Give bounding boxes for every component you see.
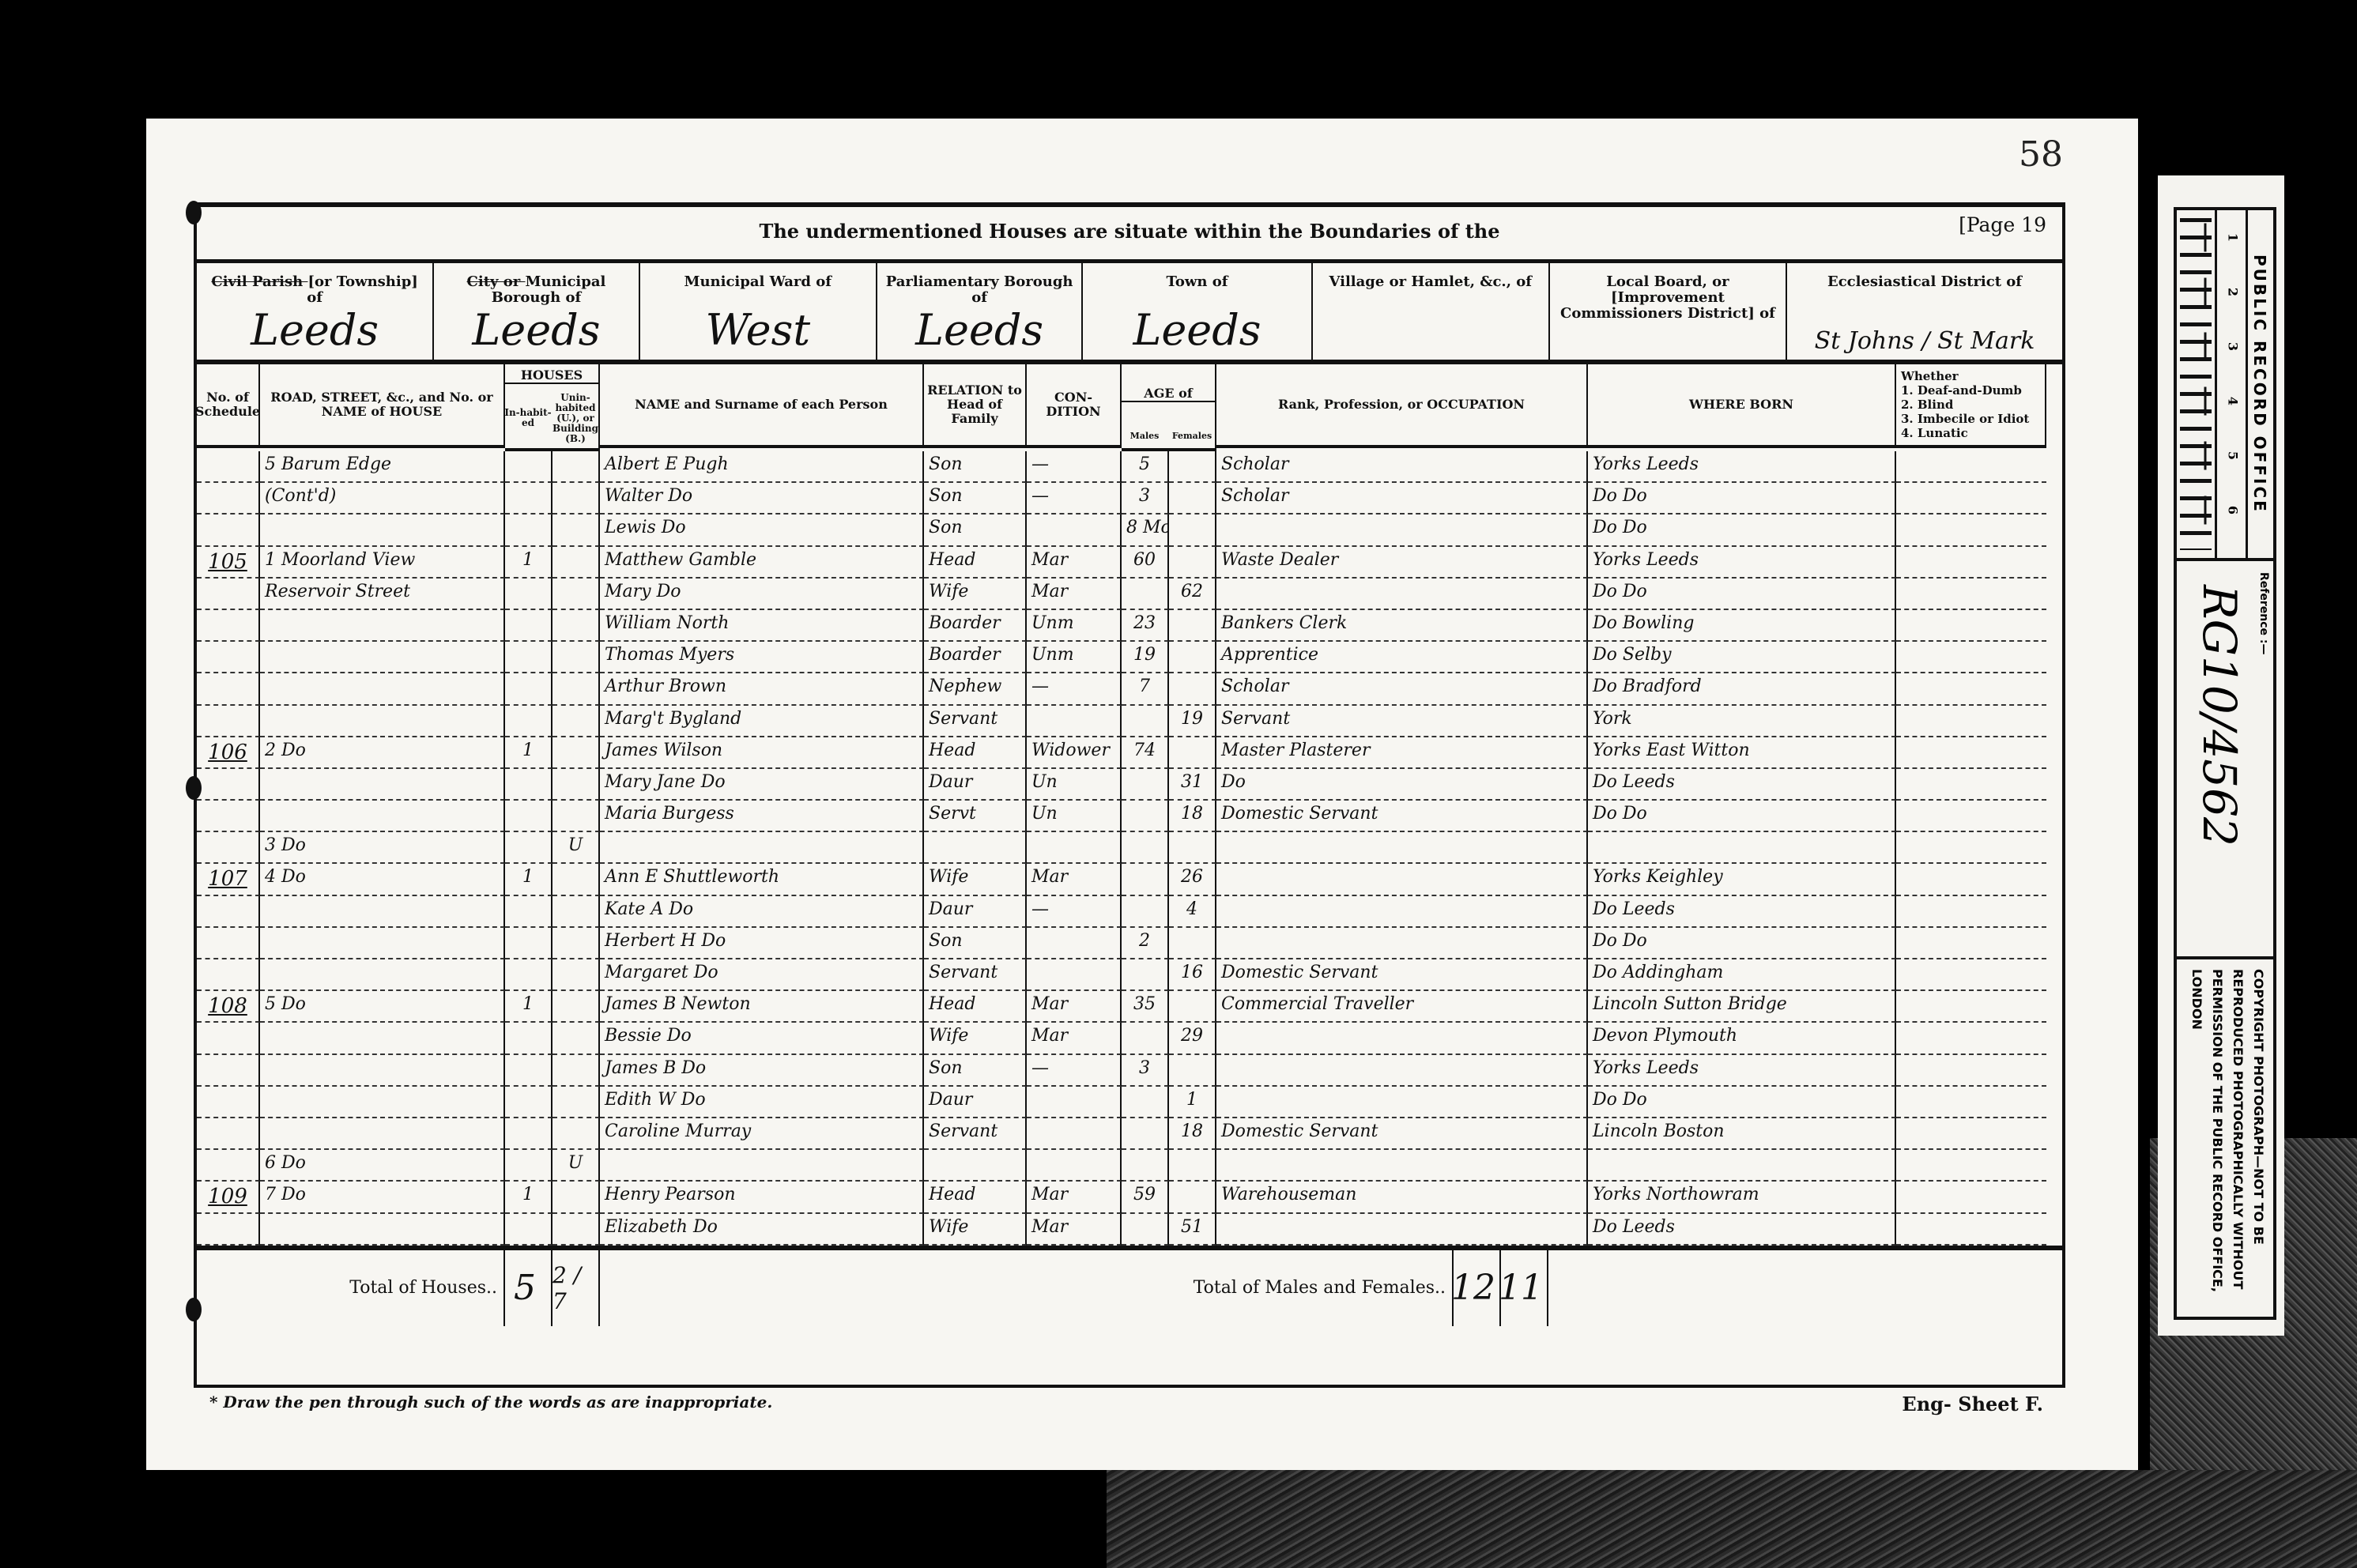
cell-road: [260, 673, 505, 705]
cell-male-age: 74: [1122, 737, 1169, 769]
cell-occupation: Waste Dealer: [1216, 547, 1588, 579]
cell-inhabited: [505, 514, 552, 546]
total-inhabited: 5: [505, 1250, 552, 1326]
cell-road: [260, 1118, 505, 1150]
cell-schedule: [197, 1118, 260, 1150]
punch-hole-icon: [186, 1298, 202, 1321]
cell-born: [1588, 832, 1896, 864]
cell-relation: Nephew: [924, 673, 1027, 705]
cell-condition: Unm: [1027, 610, 1122, 642]
cell-male-age: 5: [1122, 451, 1169, 483]
cell-road: [260, 1023, 505, 1054]
cell-road: [260, 1214, 505, 1246]
cell-schedule: [197, 959, 260, 991]
cell-born: Do Do: [1588, 579, 1896, 610]
boundary-label: City or Municipal Borough of: [434, 274, 638, 306]
col-houses: HOUSES In-habit-ed Unin-habited (U.), or…: [505, 364, 600, 451]
cell-female-age: 29: [1169, 1023, 1216, 1054]
cell-female-age: [1169, 991, 1216, 1023]
cell-inhabited: [505, 928, 552, 959]
cell-name: [600, 1150, 924, 1182]
cell-female-age: 1: [1169, 1087, 1216, 1118]
cell-schedule: [197, 1087, 260, 1118]
cell-road: Reservoir Street: [260, 579, 505, 610]
cell-occupation: Warehouseman: [1216, 1182, 1588, 1213]
boundary-7: Ecclesiastical District ofSt Johns / St …: [1787, 263, 2062, 360]
cell-name: Henry Pearson: [600, 1182, 924, 1213]
cell-schedule: [197, 769, 260, 801]
cell-road: 3 Do: [260, 832, 505, 864]
cell-relation: Son: [924, 514, 1027, 546]
scale-ruler: 123456 PUBLIC RECORD OFFICE: [2177, 210, 2273, 561]
cell-female-age: [1169, 610, 1216, 642]
cell-schedule: [197, 579, 260, 610]
cell-inhabited: [505, 1118, 552, 1150]
cell-relation: Son: [924, 1055, 1027, 1087]
cell-inhabited: [505, 1150, 552, 1182]
cell-infirm: [1896, 1087, 2046, 1118]
col-inhabited: In-habit-ed: [504, 408, 552, 428]
cell-schedule: 107: [197, 864, 260, 895]
cell-name: Albert E Pugh: [600, 451, 924, 483]
cell-occupation: Servant: [1216, 706, 1588, 737]
cell-road: 6 Do: [260, 1150, 505, 1182]
cell-road: 5 Do: [260, 991, 505, 1023]
cell-female-age: [1169, 451, 1216, 483]
cell-condition: [1027, 1118, 1122, 1150]
col-name: NAME and Surname of each Person: [600, 364, 924, 448]
cell-female-age: 19: [1169, 706, 1216, 737]
cell-occupation: Commercial Traveller: [1216, 991, 1588, 1023]
col-males: Males: [1121, 429, 1168, 443]
cell-road: [260, 801, 505, 832]
cell-uninhabited: [552, 1087, 600, 1118]
cell-occupation: [1216, 579, 1588, 610]
cell-inhabited: [505, 706, 552, 737]
cell-uninhabited: [552, 896, 600, 928]
cell-name: Elizabeth Do: [600, 1214, 924, 1246]
cell-condition: —: [1027, 1055, 1122, 1087]
cell-inhabited: 1: [505, 1182, 552, 1213]
cell-schedule: [197, 928, 260, 959]
boundary-value: Leeds: [434, 305, 638, 355]
cell-relation: Wife: [924, 1023, 1027, 1054]
boundary-4: Town ofLeeds: [1083, 263, 1312, 360]
cell-condition: Widower: [1027, 737, 1122, 769]
scan-background-bottom: [1107, 1470, 2357, 1568]
cell-schedule: [197, 896, 260, 928]
cell-inhabited: [505, 832, 552, 864]
cell-uninhabited: [552, 547, 600, 579]
cell-male-age: [1122, 579, 1169, 610]
cell-inhabited: [505, 1214, 552, 1246]
cell-condition: Unm: [1027, 642, 1122, 673]
cell-male-age: [1122, 1023, 1169, 1054]
cell-occupation: [1216, 1055, 1588, 1087]
cell-infirm: [1896, 547, 2046, 579]
cell-relation: Servant: [924, 1118, 1027, 1150]
cell-schedule: [197, 610, 260, 642]
total-persons-label: Total of Males and Females..: [600, 1250, 1454, 1326]
cell-schedule: [197, 706, 260, 737]
cell-relation: Head: [924, 547, 1027, 579]
boundary-label: Local Board, or [Improvement Commissione…: [1550, 274, 1786, 322]
cell-uninhabited: [552, 1118, 600, 1150]
cell-male-age: 60: [1122, 547, 1169, 579]
cell-infirm: [1896, 483, 2046, 514]
cell-condition: —: [1027, 896, 1122, 928]
cell-condition: Mar: [1027, 547, 1122, 579]
cell-name: Walter Do: [600, 483, 924, 514]
cell-born: Do Do: [1588, 801, 1896, 832]
cell-female-age: 51: [1169, 1214, 1216, 1246]
boundary-1: City or Municipal Borough ofLeeds: [434, 263, 639, 360]
cell-infirm: [1896, 579, 2046, 610]
cell-uninhabited: [552, 801, 600, 832]
cell-occupation: Domestic Servant: [1216, 1118, 1588, 1150]
cell-name: Marg't Bygland: [600, 706, 924, 737]
col-infirmity: Whether 1. Deaf-and-Dumb 2. Blind 3. Imb…: [1896, 364, 2046, 448]
cell-condition: —: [1027, 483, 1122, 514]
cell-road: [260, 706, 505, 737]
cell-male-age: 59: [1122, 1182, 1169, 1213]
cell-name: Edith W Do: [600, 1087, 924, 1118]
page-label: [Page 19: [1959, 213, 2046, 236]
stamped-page-number: 58: [2019, 134, 2063, 175]
cell-born: [1588, 1150, 1896, 1182]
cell-name: William North: [600, 610, 924, 642]
cell-road: [260, 896, 505, 928]
boundary-value: West: [640, 305, 876, 355]
cell-schedule: 109: [197, 1182, 260, 1213]
cell-born: Do Do: [1588, 1087, 1896, 1118]
cell-born: Do Bradford: [1588, 673, 1896, 705]
cell-relation: [924, 1150, 1027, 1182]
cell-born: Yorks Northowram: [1588, 1182, 1896, 1213]
col-relation: RELATION to Head of Family: [924, 364, 1027, 448]
boundaries-row: Civil Parish [or Township] ofLeedsCity o…: [197, 263, 2062, 364]
cell-condition: [1027, 1087, 1122, 1118]
cell-uninhabited: [552, 959, 600, 991]
boundary-value: Leeds: [1083, 305, 1310, 355]
cell-occupation: [1216, 864, 1588, 895]
cell-infirm: [1896, 896, 2046, 928]
census-sheet: 58 The undermentioned Houses are situate…: [146, 119, 2138, 1470]
boundary-label: Village or Hamlet, &c., of: [1313, 274, 1548, 290]
boundary-label: Town of: [1083, 274, 1310, 290]
cell-uninhabited: [552, 1055, 600, 1087]
cell-condition: [1027, 1150, 1122, 1182]
office-label: PUBLIC RECORD OFFICE: [2246, 210, 2273, 558]
cell-male-age: [1122, 959, 1169, 991]
cell-female-age: [1169, 1055, 1216, 1087]
cell-uninhabited: [552, 579, 600, 610]
cell-name: Kate A Do: [600, 896, 924, 928]
boundary-label: Ecclesiastical District of: [1787, 274, 2062, 290]
cell-occupation: [1216, 1150, 1588, 1182]
cell-name: Maria Burgess: [600, 801, 924, 832]
cell-female-age: [1169, 832, 1216, 864]
cell-female-age: [1169, 642, 1216, 673]
cell-male-age: [1122, 1150, 1169, 1182]
cell-infirm: [1896, 928, 2046, 959]
cell-schedule: [197, 514, 260, 546]
cell-born: Do Do: [1588, 514, 1896, 546]
houses-header: HOUSES: [504, 368, 599, 384]
cell-infirm: [1896, 737, 2046, 769]
struck-label: City or: [467, 273, 526, 290]
cell-uninhabited: [552, 706, 600, 737]
cell-inhabited: [505, 483, 552, 514]
cell-infirm: [1896, 864, 2046, 895]
cell-born: Do Selby: [1588, 642, 1896, 673]
household-table: No. of Schedule ROAD, STREET, &c., and N…: [197, 364, 2062, 1246]
cell-infirm: [1896, 514, 2046, 546]
cell-schedule: [197, 642, 260, 673]
cell-male-age: 19: [1122, 642, 1169, 673]
cell-inhabited: [505, 610, 552, 642]
cell-inhabited: [505, 1055, 552, 1087]
sheet-id: Eng- Sheet F.: [1902, 1393, 2043, 1415]
cell-schedule: 106: [197, 737, 260, 769]
cell-female-age: [1169, 673, 1216, 705]
cell-male-age: [1122, 706, 1169, 737]
cell-name: [600, 832, 924, 864]
cell-schedule: [197, 1214, 260, 1246]
cell-relation: Wife: [924, 579, 1027, 610]
cell-female-age: 18: [1169, 801, 1216, 832]
cell-relation: Wife: [924, 864, 1027, 895]
cell-occupation: [1216, 514, 1588, 546]
cell-name: Caroline Murray: [600, 1118, 924, 1150]
col-road: ROAD, STREET, &c., and No. or NAME of HO…: [260, 364, 505, 448]
cell-inhabited: 1: [505, 547, 552, 579]
total-houses-label: Total of Houses..: [197, 1250, 505, 1326]
cell-occupation: [1216, 832, 1588, 864]
cell-male-age: [1122, 896, 1169, 928]
cell-name: James Wilson: [600, 737, 924, 769]
cell-infirm: [1896, 642, 2046, 673]
cell-name: Matthew Gamble: [600, 547, 924, 579]
cell-born: Do Addingham: [1588, 959, 1896, 991]
cell-condition: [1027, 832, 1122, 864]
cell-male-age: 8 Mo: [1122, 514, 1169, 546]
cell-relation: Servant: [924, 959, 1027, 991]
cell-born: Yorks Leeds: [1588, 451, 1896, 483]
cell-uninhabited: [552, 1023, 600, 1054]
cell-infirm: [1896, 1055, 2046, 1087]
col-age: AGE of Males Females: [1122, 364, 1216, 451]
reference-card: 123456 PUBLIC RECORD OFFICE Reference :—…: [2174, 207, 2276, 1320]
age-header: AGE of: [1121, 386, 1216, 402]
cell-male-age: 3: [1122, 483, 1169, 514]
cell-infirm: [1896, 610, 2046, 642]
cell-born: Lincoln Sutton Bridge: [1588, 991, 1896, 1023]
cell-male-age: [1122, 801, 1169, 832]
cell-schedule: [197, 483, 260, 514]
boundary-label: Civil Parish [or Township] of: [197, 274, 432, 306]
cell-male-age: 2: [1122, 928, 1169, 959]
cell-uninhabited: [552, 991, 600, 1023]
cell-occupation: Do: [1216, 769, 1588, 801]
totals-row: Total of Houses.. 5 2 / 7 Total of Males…: [197, 1246, 2062, 1326]
cell-inhabited: [505, 451, 552, 483]
cell-schedule: [197, 1023, 260, 1054]
cell-name: Margaret Do: [600, 959, 924, 991]
cell-condition: [1027, 706, 1122, 737]
cell-male-age: [1122, 832, 1169, 864]
struck-label: Civil Parish: [211, 273, 307, 290]
col-schedule: No. of Schedule: [197, 364, 260, 448]
cell-schedule: [197, 1055, 260, 1087]
col-condition: CON-DITION: [1027, 364, 1122, 448]
cell-infirm: [1896, 706, 2046, 737]
cell-female-age: [1169, 514, 1216, 546]
cell-female-age: 31: [1169, 769, 1216, 801]
ruler-numbers: 123456: [2215, 210, 2248, 558]
cell-female-age: [1169, 547, 1216, 579]
cell-relation: Boarder: [924, 610, 1027, 642]
cell-born: Do Leeds: [1588, 1214, 1896, 1246]
col-uninhabited: Unin-habited (U.), or Building (B.): [552, 393, 599, 444]
cell-female-age: 18: [1169, 1118, 1216, 1150]
cell-inhabited: 1: [505, 737, 552, 769]
cell-relation: Son: [924, 928, 1027, 959]
cell-uninhabited: [552, 737, 600, 769]
cell-born: Yorks Leeds: [1588, 547, 1896, 579]
cell-name: Ann E Shuttleworth: [600, 864, 924, 895]
cell-road: 2 Do: [260, 737, 505, 769]
cell-born: Do Leeds: [1588, 896, 1896, 928]
col-occupation: Rank, Profession, or OCCUPATION: [1216, 364, 1588, 448]
cell-infirm: [1896, 991, 2046, 1023]
cell-infirm: [1896, 1214, 2046, 1246]
cell-inhabited: [505, 769, 552, 801]
cell-condition: [1027, 514, 1122, 546]
form-title: The undermentioned Houses are situate wi…: [197, 220, 2062, 243]
cell-inhabited: [505, 1023, 552, 1054]
cell-male-age: [1122, 1214, 1169, 1246]
cell-male-age: [1122, 1087, 1169, 1118]
cell-schedule: [197, 451, 260, 483]
cell-occupation: Domestic Servant: [1216, 959, 1588, 991]
cell-male-age: 35: [1122, 991, 1169, 1023]
cell-schedule: 108: [197, 991, 260, 1023]
cell-condition: [1027, 959, 1122, 991]
cell-born: Do Leeds: [1588, 769, 1896, 801]
cell-inhabited: [505, 1087, 552, 1118]
cell-uninhabited: [552, 673, 600, 705]
cell-relation: Daur: [924, 1087, 1027, 1118]
cell-uninhabited: [552, 483, 600, 514]
cell-infirm: [1896, 673, 2046, 705]
cell-uninhabited: U: [552, 1150, 600, 1182]
cell-infirm: [1896, 959, 2046, 991]
cell-road: [260, 514, 505, 546]
form-title-row: The undermentioned Houses are situate wi…: [197, 207, 2062, 263]
col-females: Females: [1168, 429, 1216, 443]
cell-female-age: [1169, 1150, 1216, 1182]
boundary-0: Civil Parish [or Township] ofLeeds: [197, 263, 434, 360]
cell-infirm: [1896, 451, 2046, 483]
cell-occupation: [1216, 1087, 1588, 1118]
cell-condition: Mar: [1027, 991, 1122, 1023]
cell-condition: Mar: [1027, 864, 1122, 895]
cell-male-age: [1122, 864, 1169, 895]
cell-uninhabited: [552, 928, 600, 959]
cell-schedule: [197, 1150, 260, 1182]
cell-schedule: [197, 832, 260, 864]
cell-born: Do Bowling: [1588, 610, 1896, 642]
cell-uninhabited: U: [552, 832, 600, 864]
cell-female-age: [1169, 737, 1216, 769]
cell-uninhabited: [552, 769, 600, 801]
cell-road: [260, 642, 505, 673]
copyright-notice: COPYRIGHT PHOTOGRAPH—NOT TO BE REPRODUCE…: [2182, 969, 2268, 1309]
cell-occupation: [1216, 928, 1588, 959]
cell-schedule: 105: [197, 547, 260, 579]
cell-condition: Mar: [1027, 1023, 1122, 1054]
cell-road: [260, 769, 505, 801]
cell-condition: —: [1027, 451, 1122, 483]
cell-road: [260, 959, 505, 991]
cell-relation: Son: [924, 451, 1027, 483]
boundary-value: Leeds: [877, 305, 1081, 355]
punch-hole-icon: [186, 776, 202, 800]
cell-name: Thomas Myers: [600, 642, 924, 673]
cell-infirm: [1896, 1023, 2046, 1054]
cell-uninhabited: [552, 610, 600, 642]
cell-relation: Head: [924, 737, 1027, 769]
cell-occupation: [1216, 1214, 1588, 1246]
cell-occupation: [1216, 1023, 1588, 1054]
cell-male-age: 3: [1122, 1055, 1169, 1087]
cell-occupation: Master Plasterer: [1216, 737, 1588, 769]
cell-inhabited: [505, 801, 552, 832]
cell-road: 4 Do: [260, 864, 505, 895]
cell-road: [260, 1087, 505, 1118]
cell-name: Bessie Do: [600, 1023, 924, 1054]
cell-road: [260, 1055, 505, 1087]
cell-relation: Daur: [924, 769, 1027, 801]
cell-occupation: Apprentice: [1216, 642, 1588, 673]
boundary-5: Village or Hamlet, &c., of: [1313, 263, 1550, 360]
cell-inhabited: [505, 896, 552, 928]
cell-female-age: [1169, 928, 1216, 959]
cell-male-age: 23: [1122, 610, 1169, 642]
cell-female-age: 62: [1169, 579, 1216, 610]
cell-condition: —: [1027, 673, 1122, 705]
cell-condition: Un: [1027, 769, 1122, 801]
cell-uninhabited: [552, 514, 600, 546]
cell-relation: Boarder: [924, 642, 1027, 673]
total-females: 11: [1501, 1250, 1548, 1326]
cell-female-age: [1169, 1182, 1216, 1213]
cell-inhabited: 1: [505, 864, 552, 895]
total-males: 12: [1454, 1250, 1501, 1326]
cell-relation: Wife: [924, 1214, 1027, 1246]
cell-inhabited: [505, 959, 552, 991]
boundary-value: St Johns / St Mark: [1787, 327, 2062, 355]
cell-road: [260, 610, 505, 642]
cell-relation: Servant: [924, 706, 1027, 737]
cell-infirm: [1896, 801, 2046, 832]
total-uninhabited: 2 / 7: [552, 1250, 600, 1326]
cell-name: Lewis Do: [600, 514, 924, 546]
cell-name: James B Do: [600, 1055, 924, 1087]
cell-occupation: Bankers Clerk: [1216, 610, 1588, 642]
cell-condition: [1027, 928, 1122, 959]
